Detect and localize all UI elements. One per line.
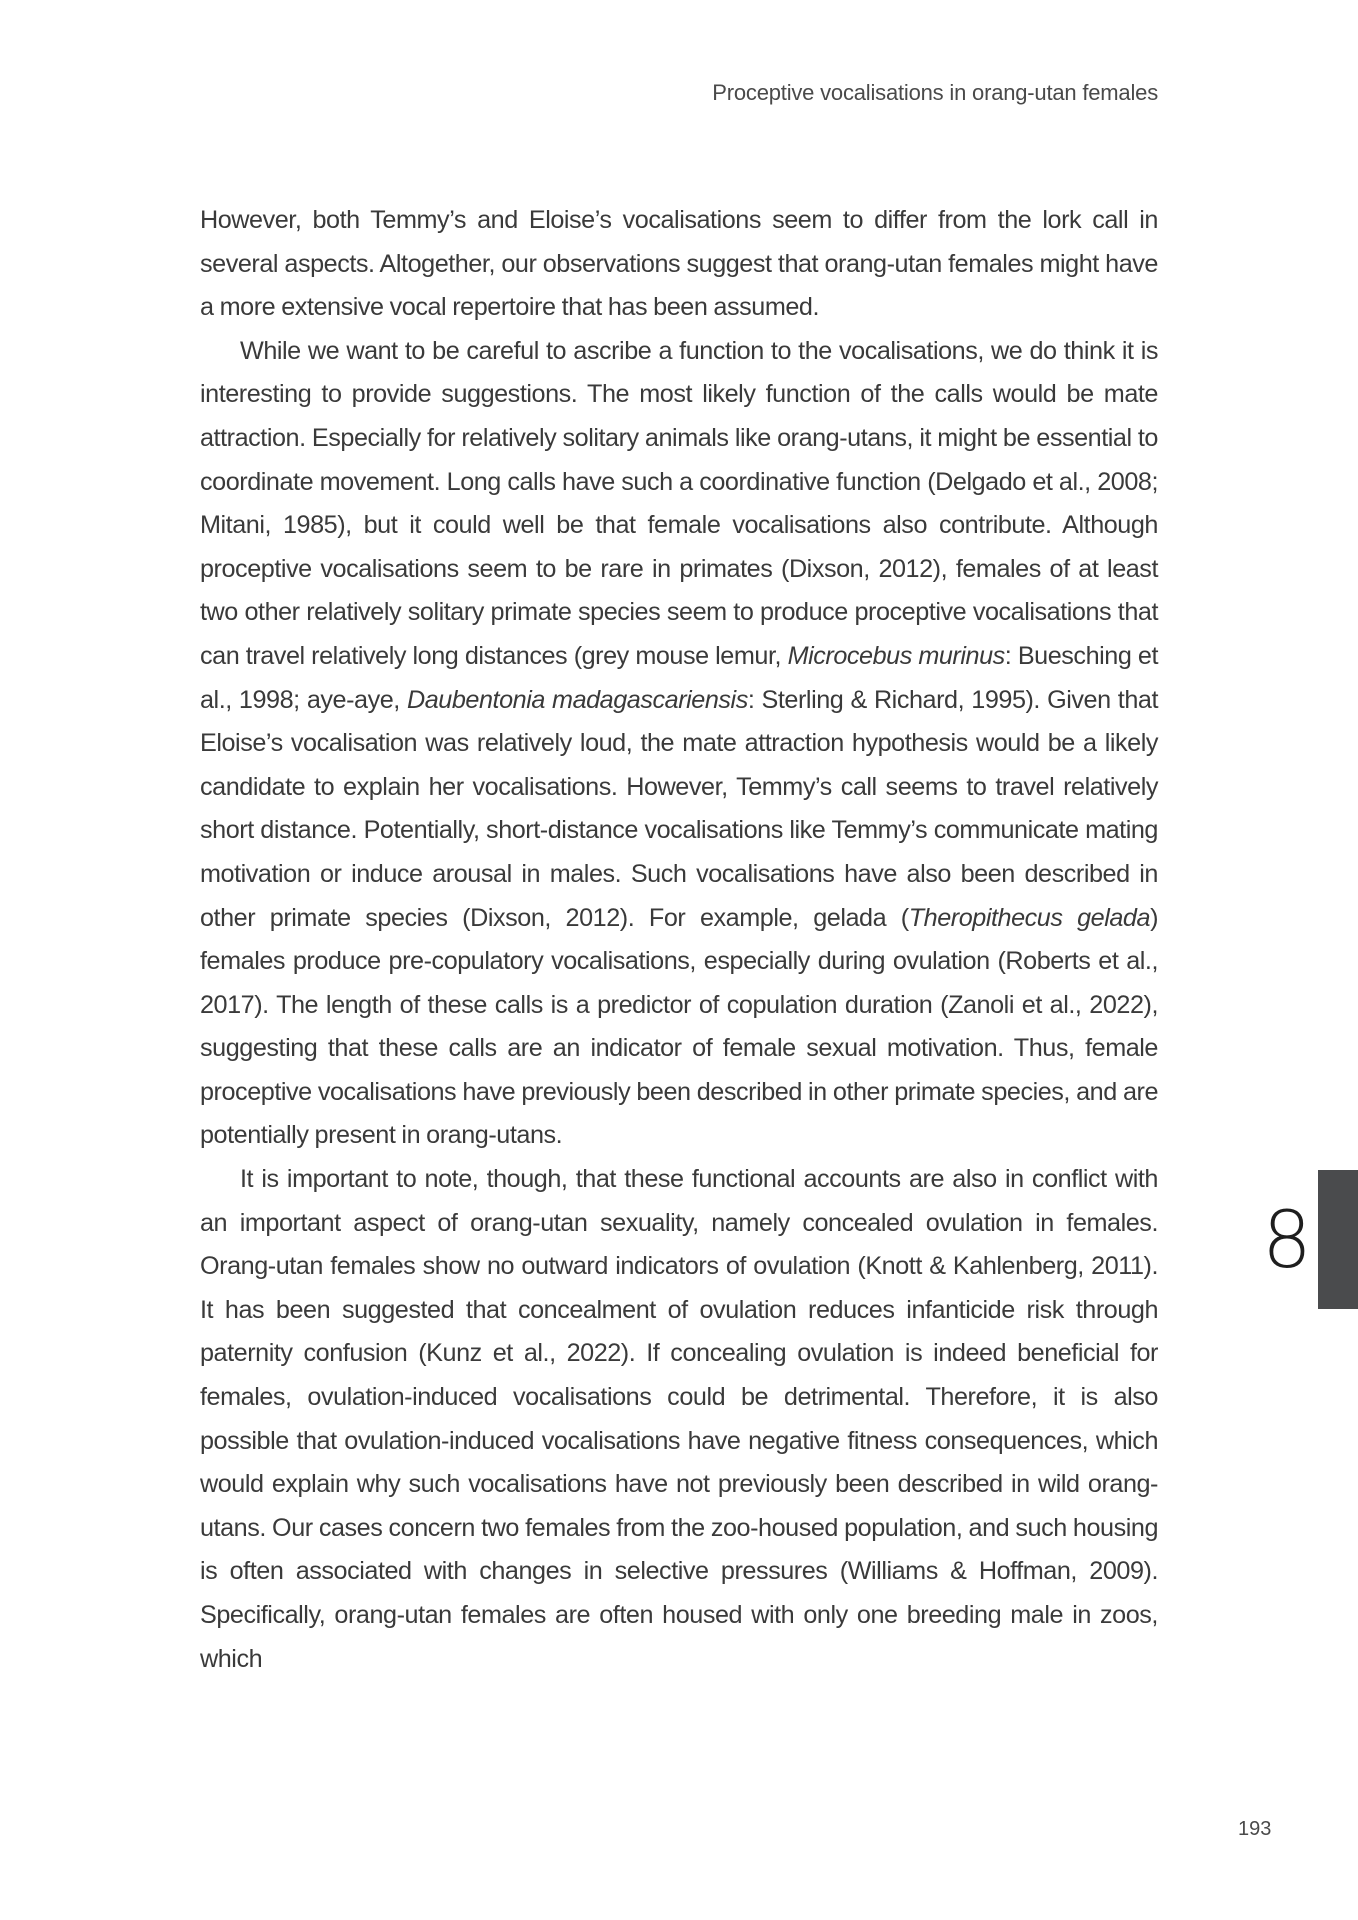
- body-text: However, both Temmy’s and Eloise’s vocal…: [200, 199, 1158, 1681]
- paragraph-3: It is important to note, though, that th…: [200, 1158, 1158, 1681]
- paragraph-1-text: However, both Temmy’s and Eloise’s vocal…: [200, 206, 1158, 321]
- paragraph-2-text: While we want to be careful to ascribe a…: [200, 337, 1158, 670]
- page-number: 193: [1238, 1816, 1271, 1842]
- species-name-aye-aye: Daubentonia madagascariensis: [407, 686, 748, 714]
- species-name-gelada: Theropithecus gelada: [909, 904, 1150, 932]
- paragraph-1: However, both Temmy’s and Eloise’s vocal…: [200, 199, 1158, 330]
- paragraph-3-text: It is important to note, though, that th…: [200, 1165, 1158, 1673]
- chapter-number: 8: [1262, 1196, 1312, 1286]
- chapter-thumb-tab: [1318, 1170, 1358, 1309]
- paragraph-2-text: : Sterling & Richard, 1995). Given that …: [200, 686, 1158, 932]
- paragraph-2-text: ) females produce pre-copulatory vocalis…: [200, 904, 1158, 1150]
- paragraph-2: While we want to be careful to ascribe a…: [200, 330, 1158, 1158]
- species-name-mouse-lemur: Microcebus murinus: [788, 642, 1005, 670]
- running-header: Proceptive vocalisations in orang-utan f…: [712, 78, 1158, 108]
